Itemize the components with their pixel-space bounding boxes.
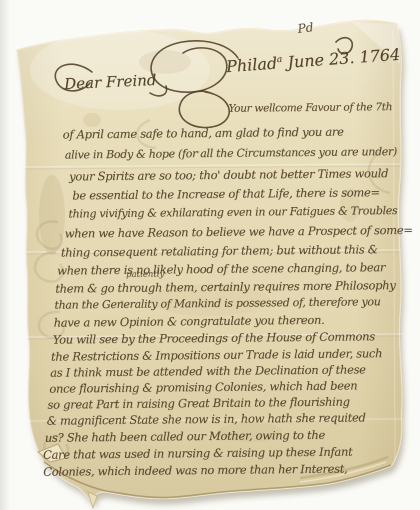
body-line: your Spirits are so too; tho' doubt not …	[69, 166, 388, 183]
place-superscript: a	[277, 55, 283, 65]
body-line: Your wellcome Favour of the 7th	[228, 101, 392, 115]
body-line: alive in Body & hope (for all the Circum…	[65, 145, 397, 161]
body-line: than the Generality of Mankind is posses…	[54, 295, 380, 311]
body-line: when we have Reason to believe we have a…	[65, 223, 413, 241]
letter-date: June 23. 1764	[287, 45, 401, 72]
body-line: & magnificent State she now is in, how h…	[47, 410, 366, 427]
handwriting-layer: Pd Philada June 23. 1764 Dear Freind You…	[0, 0, 420, 510]
body-line: when there is no likely hood of the scen…	[57, 260, 385, 277]
body-line: them & go through them, certainly requir…	[55, 278, 395, 296]
body-line: be essential to the Increase of that Lif…	[72, 185, 380, 202]
letter-photo: Pd Philada June 23. 1764 Dear Freind You…	[0, 0, 420, 510]
body-line: so great Part in raising Great Britain t…	[47, 395, 349, 412]
postmark-flourish: Pd	[297, 20, 314, 36]
body-line: thing consequent retaliating for them; b…	[61, 242, 378, 259]
body-line: us? She hath been called our Mother, owi…	[45, 428, 325, 445]
body-line: Care that was used in nursing & raising …	[43, 445, 352, 462]
inserted-word: patiently	[126, 269, 164, 279]
place-name: Philad	[225, 54, 277, 77]
body-line: the Restrictions & Impositions our Trade…	[51, 346, 382, 363]
body-line: once flourishing & promising Colonies, w…	[49, 378, 357, 395]
body-line: as I think must be attended with the Dec…	[50, 362, 366, 379]
body-line: of April came safe to hand, am glad to f…	[63, 125, 344, 142]
salutation: Dear Freind	[64, 71, 157, 93]
body-line: Colonies, which indeed was no more than …	[43, 462, 347, 479]
body-line: You will see by the Proceedings of the H…	[53, 329, 375, 346]
body-line: thing vivifying & exhilarating even in o…	[68, 204, 397, 220]
body-line: have a new Opinion & congratulate you th…	[54, 313, 325, 330]
place-date-line: Philada June 23. 1764	[225, 45, 400, 76]
